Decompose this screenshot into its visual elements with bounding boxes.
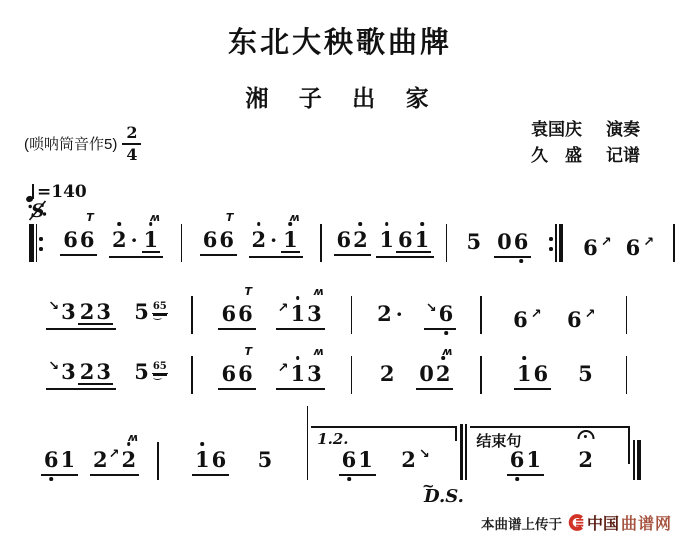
note: 6	[532, 363, 549, 384]
note-digit: 2ʍ	[435, 363, 452, 384]
repeat-dot	[39, 237, 43, 241]
note-digit-text: 6	[63, 227, 78, 252]
barline-stroke	[465, 424, 468, 480]
note-digit-text: 6	[510, 447, 525, 472]
note-digit: 1	[516, 363, 533, 384]
note-digit: 1	[357, 449, 374, 470]
note-digit-text: 6	[238, 301, 253, 326]
note-digit: 6	[202, 229, 219, 250]
note: 1	[357, 449, 374, 470]
note-digit: 2	[352, 229, 369, 250]
glissando-arrow-icon: ↘	[48, 300, 59, 313]
measure: 2·↘6	[355, 303, 477, 344]
note: ↘3	[48, 361, 77, 382]
note-digit-text: 2	[377, 301, 392, 326]
note-digit: 6	[513, 231, 530, 252]
note: 6T	[237, 303, 254, 324]
note: 6	[220, 303, 237, 324]
glissando-arrow-icon: ↗	[278, 302, 289, 315]
note-digit: 3	[60, 361, 77, 382]
note-digit: 6	[532, 363, 549, 384]
note-digit-text: 2	[578, 447, 593, 472]
note-digit: 2	[111, 229, 128, 250]
note-digit: 2	[379, 363, 396, 384]
note-digit: 6	[220, 363, 237, 384]
note-digit: 1	[59, 449, 76, 470]
barline-stroke	[157, 442, 159, 480]
measure: 612	[470, 449, 630, 490]
measure: 66T2·1ʍ	[185, 229, 317, 272]
ornament-w-icon: ʍ	[442, 346, 452, 357]
note-digit: 2	[79, 301, 96, 322]
note: 6	[202, 229, 219, 250]
barline-re	[549, 224, 563, 262]
uploaded-by-text: 本曲谱上传于	[481, 513, 562, 533]
note-digit: 3ʍ	[306, 303, 323, 324]
note-digit-text: 5	[467, 229, 482, 254]
note-digit-text: 6	[626, 235, 641, 260]
note: 1	[59, 449, 76, 470]
note-digit: 6	[438, 303, 455, 324]
beam-group: 1ʍ	[281, 229, 300, 253]
note-digit: 5	[577, 363, 594, 384]
note-digit: 6	[43, 449, 60, 470]
note: 6	[43, 449, 60, 470]
note-digit-text: 6	[212, 447, 227, 472]
repeat-dots	[39, 226, 43, 262]
octave-dot-high	[117, 222, 121, 226]
barline-t	[191, 356, 193, 394]
score-line: ↘32356566T↗13ʍ2·↘66↗6↗	[26, 296, 630, 344]
beam-group: 66T	[200, 229, 237, 256]
ornament-w-icon: ʍ	[290, 212, 300, 223]
octave-dot-high	[257, 222, 261, 226]
glissando-arrow-icon: ↗	[109, 448, 120, 461]
note-digit-text: 1	[526, 447, 541, 472]
note: 3	[95, 301, 112, 322]
grace-notes: 65	[152, 302, 168, 314]
barline-t	[480, 356, 482, 394]
barline-t	[480, 296, 482, 334]
note: 5	[466, 231, 483, 252]
note-digit: 5	[466, 231, 483, 252]
note-digit: 0	[418, 363, 435, 384]
note-digit: 2	[251, 229, 268, 250]
note-digit-text: 1	[290, 301, 305, 326]
note: 6	[62, 229, 79, 250]
note-digit-text: 1	[283, 227, 298, 252]
note: 6T	[218, 229, 235, 250]
note-digit-text: 1	[60, 447, 75, 472]
note: 0	[496, 231, 513, 252]
note-digit: 6	[566, 309, 583, 330]
note-digit-text: 6	[567, 307, 582, 332]
note-digit-text: 3	[307, 361, 322, 386]
note-digit: 2	[400, 449, 417, 470]
octave-dot-high	[385, 222, 389, 226]
octave-dot-low	[444, 331, 448, 335]
note-digit-text: 2	[93, 447, 108, 472]
note-digit: 1	[289, 303, 306, 324]
note-digit-text: 2	[80, 299, 95, 324]
measure: 612↗2ʍ	[26, 449, 154, 490]
barline-stroke	[673, 224, 675, 262]
measure: 612↘	[311, 449, 457, 490]
note-digit-text: 1	[517, 361, 532, 386]
barline-stroke	[460, 424, 463, 480]
measure: 66T↗13ʍ	[196, 363, 348, 404]
repeat-dot	[549, 237, 553, 241]
note: 2·	[251, 229, 281, 250]
glissando-arrow-icon: ↘	[419, 448, 430, 461]
note-digit-text: 2	[380, 361, 395, 386]
note: 3ʍ	[306, 363, 323, 384]
note-digit-text: 1	[415, 227, 430, 252]
note: 3	[95, 361, 112, 382]
note-digit: 6	[509, 449, 526, 470]
note-digit-text: 6	[514, 229, 529, 254]
note-digit-text: 1	[144, 227, 159, 252]
beam-group: 161	[376, 229, 434, 258]
note-digit: 2	[577, 449, 594, 470]
barline-stroke	[555, 224, 557, 262]
note-digit-text: 3	[61, 359, 76, 384]
note-digit-text: 6	[439, 301, 454, 326]
measure: 6↗6↗	[566, 237, 670, 272]
barline-t	[673, 224, 675, 262]
note: 2	[79, 301, 96, 322]
barline-stroke	[307, 406, 309, 480]
barline-t	[351, 356, 353, 394]
site-logo-icon	[568, 514, 585, 531]
ornament-w-icon: ʍ	[128, 432, 138, 443]
octave-dot-high	[296, 296, 300, 300]
note: 6T	[237, 363, 254, 384]
beam-group: 1ʍ	[142, 229, 161, 253]
barline-stroke	[559, 224, 564, 262]
note: 1	[378, 229, 395, 250]
note-digit: 5	[133, 361, 150, 382]
note: 2ʍ	[435, 363, 452, 384]
note-digit: 3ʍ	[306, 363, 323, 384]
note-digit-text: 5	[134, 299, 149, 324]
beam-group: 16	[192, 449, 229, 476]
barline-f	[633, 440, 641, 480]
note: 6	[211, 449, 228, 470]
score-line: ↘32356566T↗13ʍ202ʍ165	[26, 356, 630, 404]
measure: 66T↗13ʍ	[196, 303, 348, 344]
ds-marking: D.S.	[424, 486, 464, 507]
beam-group: 06	[494, 231, 531, 258]
note-digit: 6	[220, 303, 237, 324]
barline-stroke	[320, 224, 322, 262]
measure: 6↗6↗	[485, 309, 623, 344]
ornament-w-icon: ʍ	[314, 286, 324, 297]
beam-group: 2·1ʍ	[249, 229, 303, 258]
note-digit-text: 5	[258, 447, 273, 472]
note-digit-text: 2	[122, 447, 137, 472]
repeat-dot	[549, 247, 553, 251]
augmentation-dot: ·	[131, 230, 138, 250]
note-digit-text: 6	[219, 227, 234, 252]
beam-group: 23	[78, 301, 113, 325]
measure: 165	[162, 449, 304, 490]
note-digit: 6	[211, 449, 228, 470]
glissando-arrow-icon: ↗	[531, 308, 542, 321]
barline-t	[626, 356, 628, 394]
beam-group: ↘323	[46, 301, 116, 330]
octave-dot-high	[420, 222, 424, 226]
note: 2↘	[400, 449, 430, 470]
note-digit: 3	[95, 301, 112, 322]
octave-dot-high	[200, 442, 204, 446]
note: 6	[336, 229, 353, 250]
barline-stroke	[36, 224, 38, 262]
barline-stroke	[626, 296, 628, 334]
note-digit: 3	[95, 361, 112, 382]
ornament-t-icon: T	[245, 286, 253, 297]
barline-stroke	[351, 296, 353, 334]
note-digit: 6	[625, 237, 642, 258]
glissando-arrow-icon: ↗	[643, 236, 654, 249]
note-digit-text: 2	[252, 227, 267, 252]
note-digit: 2	[376, 303, 393, 324]
note-digit: 6	[512, 309, 529, 330]
note-digit: 1ʍ	[282, 229, 299, 250]
note-digit-text: 0	[497, 229, 512, 254]
barline-stroke	[446, 224, 448, 262]
note-digit-text: 0	[419, 361, 434, 386]
measure: 506	[450, 231, 546, 272]
measure: 165	[485, 363, 623, 404]
repeat-dot	[39, 247, 43, 251]
octave-dot-low	[515, 477, 519, 481]
barline-tall	[307, 406, 309, 480]
note: 1ʍ	[282, 229, 299, 250]
site-logo: 中国 曲谱网	[568, 511, 672, 534]
measure: 202ʍ	[355, 363, 477, 404]
note-digit: 6	[397, 229, 414, 250]
note-digit: 6	[582, 237, 599, 258]
note-digit: 6T	[237, 363, 254, 384]
note: 0	[418, 363, 435, 384]
barline-stroke	[29, 224, 34, 262]
barline-d	[460, 424, 467, 480]
barline-stroke	[191, 296, 193, 334]
barline-stroke	[480, 296, 482, 334]
note-digit-text: 2	[401, 447, 416, 472]
note: ↗2ʍ	[109, 449, 138, 470]
note: 6↗	[582, 237, 612, 258]
ornament-t-icon: T	[86, 212, 94, 223]
watermark: 本曲谱上传于 中国 曲谱网	[481, 511, 672, 534]
note-digit-text: 6	[398, 227, 413, 252]
augmentation-dot: ·	[396, 304, 403, 324]
glissando-arrow-icon: ↗	[601, 236, 612, 249]
note: 6	[509, 449, 526, 470]
note: 2	[79, 361, 96, 382]
note: 2·	[376, 303, 406, 324]
barline-t	[181, 224, 183, 262]
note-digit-text: 5	[578, 361, 593, 386]
note-digit: 6	[62, 229, 79, 250]
score-line: 612↗2ʍ1651.2.612↘结束句612	[26, 410, 644, 490]
beam-group: 2·1ʍ	[109, 229, 163, 258]
note: ↗1	[278, 303, 307, 324]
score: 66T2·1ʍ66T2·1ʍ621615066↗6↗↘32356566T↗13ʍ…	[0, 0, 680, 539]
note-digit-text: 3	[61, 299, 76, 324]
glissando-arrow-icon: ↗	[585, 308, 596, 321]
beam-group: ↘6	[424, 303, 457, 330]
note: ↘6	[426, 303, 455, 324]
ornament-w-icon: ʍ	[150, 212, 160, 223]
beam-group: 61	[507, 449, 544, 476]
barline-stroke	[191, 356, 193, 394]
note-digit-text: 2	[80, 359, 95, 384]
note-digit-text: 2	[353, 227, 368, 252]
note: 6↗	[512, 309, 542, 330]
note: 6↗	[566, 309, 596, 330]
note-digit-text: 6	[342, 447, 357, 472]
barline-stroke	[633, 440, 635, 480]
note: 1	[525, 449, 542, 470]
note-digit-text: 6	[221, 361, 236, 386]
note: 2	[352, 229, 369, 250]
note: 1	[414, 229, 431, 250]
note: 6	[397, 229, 414, 250]
ornament-t-icon: T	[245, 346, 253, 357]
note-digit-text: 6	[203, 227, 218, 252]
volta-bracket: 1.2.612↘	[311, 426, 457, 490]
note: 5	[577, 363, 594, 384]
note-digit: 1	[289, 363, 306, 384]
note: 5	[257, 449, 274, 470]
beam-group: ↗13ʍ	[276, 303, 325, 330]
note: ↘3	[48, 301, 77, 322]
octave-dot-low	[49, 477, 53, 481]
note-digit: 0	[496, 231, 513, 252]
note: 2·	[111, 229, 141, 250]
measure: 62161	[325, 229, 443, 272]
note-digit-text: 6	[221, 301, 236, 326]
beam-group: 02ʍ	[416, 363, 453, 390]
beam-group: 61	[396, 229, 431, 253]
note-digit-text: 1	[379, 227, 394, 252]
barline-stroke	[626, 356, 628, 394]
note-digit: 6	[341, 449, 358, 470]
barline-stroke	[351, 356, 353, 394]
octave-dot-low	[347, 477, 351, 481]
beam-group: 23	[78, 361, 113, 385]
note-digit: 2ʍ	[121, 449, 138, 470]
grace-notes: 65	[152, 362, 168, 374]
note: 6	[341, 449, 358, 470]
note: 565	[133, 361, 168, 384]
note-digit-text: 6	[533, 361, 548, 386]
augmentation-dot: ·	[270, 230, 277, 250]
note-digit-text: 6	[44, 447, 59, 472]
note: 3ʍ	[306, 303, 323, 324]
site-name-primary: 中国	[587, 511, 619, 534]
barline-t	[626, 296, 628, 334]
beam-group: 62	[334, 229, 371, 256]
note-digit-text: 6	[80, 227, 95, 252]
volta-bracket: 结束句612	[470, 426, 630, 490]
note: 1ʍ	[143, 229, 160, 250]
measure: 66T2·1ʍ	[46, 229, 178, 272]
note-digit: 1	[378, 229, 395, 250]
volta-label: 结束句	[470, 428, 630, 449]
note-digit: 2	[92, 449, 109, 470]
octave-dot-low	[519, 259, 523, 263]
beam-group: 66T	[60, 229, 97, 256]
note-digit-text: 1	[195, 447, 210, 472]
barline-rs	[29, 224, 43, 262]
note: 2	[92, 449, 109, 470]
note: 565	[133, 301, 168, 324]
note-digit-text: 5	[134, 359, 149, 384]
note: 1	[516, 363, 533, 384]
beam-group: 66T	[218, 363, 255, 390]
note-digit-text: 6	[583, 235, 598, 260]
note-digit-text: 3	[96, 359, 111, 384]
note-digit: 6T	[79, 229, 96, 250]
beam-group: ↗13ʍ	[276, 363, 325, 390]
note-digit-text: 6	[513, 307, 528, 332]
barline-stroke	[480, 356, 482, 394]
ornament-t-icon: T	[226, 212, 234, 223]
score-line: 66T2·1ʍ66T2·1ʍ621615066↗6↗	[26, 224, 678, 272]
barline-stroke	[637, 440, 642, 480]
beam-group: 61	[339, 449, 376, 476]
note-digit-text: 3	[96, 299, 111, 324]
note-digit: 5	[133, 301, 150, 322]
beam-group: ↘323	[46, 361, 116, 390]
octave-dot-high	[296, 356, 300, 360]
note-digit: 6T	[218, 229, 235, 250]
note-digit: 1	[414, 229, 431, 250]
note: ↗1	[278, 363, 307, 384]
note-digit: 6	[336, 229, 353, 250]
note: 2	[577, 449, 594, 470]
note-digit: 1	[525, 449, 542, 470]
note: 1	[194, 449, 211, 470]
note-digit: 5	[257, 449, 274, 470]
note-digit: 6T	[237, 303, 254, 324]
repeat-dots	[549, 226, 553, 262]
note-digit-text: 2	[112, 227, 127, 252]
barline-t	[320, 224, 322, 262]
barline-t	[157, 442, 159, 480]
barline-t	[191, 296, 193, 334]
note-digit: 2	[79, 361, 96, 382]
note-digit-text: 2	[436, 361, 451, 386]
glissando-arrow-icon: ↘	[48, 360, 59, 373]
barline-t	[351, 296, 353, 334]
ornament-w-icon: ʍ	[314, 346, 324, 357]
note-digit-text: 6	[238, 361, 253, 386]
barline-stroke	[181, 224, 183, 262]
glissando-arrow-icon: ↘	[426, 302, 437, 315]
beam-group: 61	[41, 449, 78, 476]
note-digit: 1	[194, 449, 211, 470]
note: 2	[379, 363, 396, 384]
barline-t	[446, 224, 448, 262]
note: 6	[513, 231, 530, 252]
beam-group: 2↗2ʍ	[90, 449, 139, 476]
octave-dot-high	[522, 356, 526, 360]
measure: ↘323565	[26, 301, 188, 344]
